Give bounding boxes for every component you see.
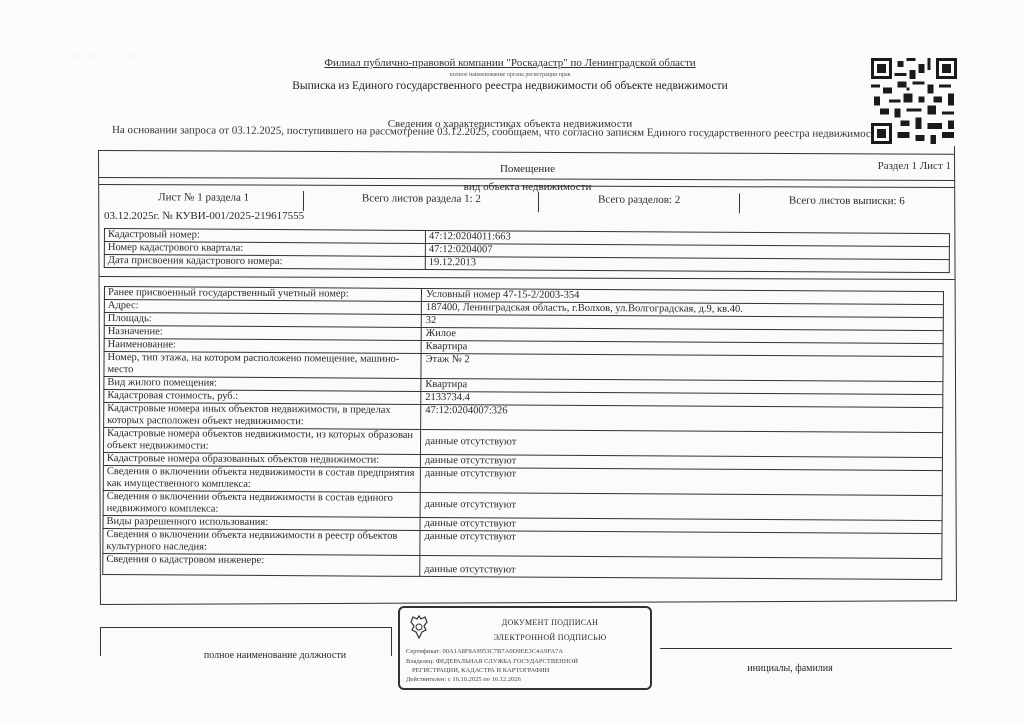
section-sheets-total: Всего листов раздела 1: 2 <box>304 191 539 212</box>
identifiers-table: Кадастровый номер:47:12:0204011:663 Номе… <box>104 228 950 273</box>
field-label: Сведения о кадастровом инженере: <box>103 553 420 576</box>
field-value: данные отсутствуют <box>420 467 942 495</box>
field-label: Сведения о включении объекта недвижимост… <box>103 528 420 555</box>
sheet-number: Лист № 1 раздела 1 <box>104 190 304 211</box>
stamp-certificate: Сертификат: 00A1A8F8A9953C7B7A0D9EE3C4A9… <box>406 648 646 655</box>
field-value: данные отсутствуют <box>420 530 942 558</box>
stamp-owner: Владелец: ФЕДЕРАЛЬНАЯ СЛУЖБА ГОСУДАРСТВЕ… <box>406 658 646 665</box>
field-value: данные отсутствуют <box>420 492 942 520</box>
organization-name: Филиал публично-правовой компании "Роска… <box>300 57 720 69</box>
table-row: Сведения о кадастровом инженере:данные о… <box>103 553 942 579</box>
organization-caption: полное наименование органа регистрации п… <box>300 72 720 78</box>
field-label: Ранее присвоенный государственный учетны… <box>104 287 421 302</box>
faint-scan-text: · · · · · · · · · · · · · · <box>60 52 137 61</box>
field-label: Кадастровые номера образованных объектов… <box>103 452 420 467</box>
field-label: Сведения о включении объекта недвижимост… <box>103 465 420 492</box>
field-label: Кадастровые номера объектов недвижимости… <box>103 428 420 455</box>
assignment-date: 19.12.2013 <box>425 256 949 272</box>
frame-top-rule <box>99 150 954 155</box>
electronic-signature-stamp: ДОКУМЕНТ ПОДПИСАН ЭЛЕКТРОННОЙ ПОДПИСЬЮ С… <box>398 606 652 690</box>
coat-of-arms-icon <box>408 614 430 640</box>
stamp-line-electronic: ЭЛЕКТРОННОЙ ПОДПИСЬЮ <box>460 633 640 642</box>
field-label: Кадастровый номер: <box>104 229 425 244</box>
field-label: Сведения о включении объекта недвижимост… <box>103 490 420 517</box>
name-caption: инициалы, фамилия <box>640 663 940 674</box>
document-title: Выписка из Единого государственного реес… <box>240 80 780 92</box>
stamp-validity: Действителен: с 16.10.2025 по 16.12.2026 <box>406 676 646 683</box>
field-label: Дата присвоения кадастрового номера: <box>104 255 425 270</box>
field-value: данные отсутствуют <box>420 429 942 457</box>
field-label: Наименование: <box>104 339 421 354</box>
field-label: Виды разрешенного использования: <box>103 515 420 530</box>
object-type: Помещение <box>100 163 955 175</box>
frame-rule <box>100 276 955 280</box>
sections-total: Всего разделов: 2 <box>539 192 739 213</box>
qr-code-icon <box>868 58 960 144</box>
characteristics-table: Ранее присвоенный государственный учетны… <box>102 286 944 580</box>
field-label: Номер кадастрового квартала: <box>104 242 425 257</box>
name-signature-line <box>660 648 952 649</box>
stamp-line-signed: ДОКУМЕНТ ПОДПИСАН <box>460 618 640 627</box>
field-label: Вид жилого помещения: <box>104 377 421 392</box>
field-label: Кадастровые номера иных объектов недвижи… <box>104 403 421 430</box>
basis-text: На основании запроса от 03.12.2025, пост… <box>112 124 952 140</box>
field-value: 47:12:0204007:326 <box>421 404 943 432</box>
field-label: Назначение: <box>104 326 421 341</box>
field-label: Номер, тип этажа, на котором расположено… <box>104 352 421 379</box>
field-label: Кадастровая стоимость, руб.: <box>104 390 421 405</box>
stamp-owner-cont: РЕГИСТРАЦИИ, КАДАСТРА И КАРТОГРАФИИ <box>412 667 652 674</box>
field-value: Этаж № 2 <box>421 353 943 381</box>
field-value: данные отсутствуют <box>420 555 942 579</box>
document-number: 03.12.2025г. № КУВИ-001/2025-219617555 <box>104 210 304 222</box>
extract-sheets-total: Всего листов выписки: 6 <box>740 193 954 214</box>
